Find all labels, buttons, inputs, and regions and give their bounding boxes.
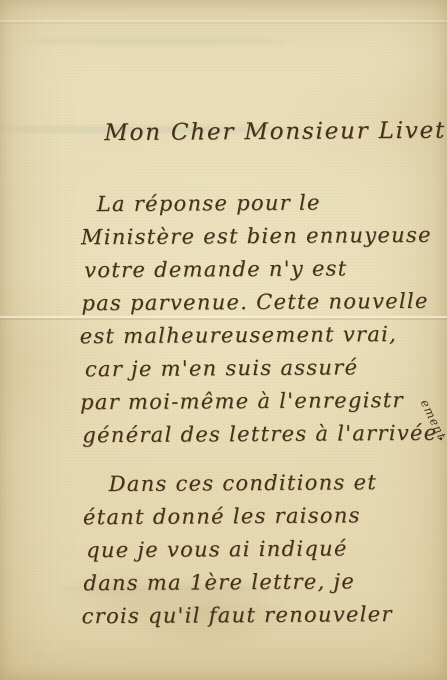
paper-crease [0,20,447,24]
letter-line: La réponse pour le [97,186,438,221]
letter-line: étant donné les raisons [83,499,440,534]
ink-showthrough-streak [28,38,288,44]
letter-paragraph: Dans ces conditions et étant donné les r… [81,466,441,634]
letter-line: pas parvenue. Cette nouvelle [81,285,438,320]
letter-line: que je vous ai indiqué [86,532,440,567]
letter-line: Ministère est bien ennuyeuse [81,219,438,254]
letter-page: Mon Cher Monsieur Livet. La réponse pour… [0,0,447,680]
letter-body: Mon Cher Monsieur Livet. La réponse pour… [78,115,441,649]
letter-line: votre demande n'y est [84,252,438,287]
letter-line: Dans ces conditions et [109,466,440,501]
letter-line: général des lettres à l'arrivée. [82,417,439,452]
letter-line: crois qu'il faut renouveler [82,598,441,634]
letter-line: est malheureusement vrai, [80,318,439,354]
letter-line: par moi-même à l'enregistr [80,384,439,420]
letter-line: dans ma 1ère lettre, je [83,565,440,600]
letter-salutation: Mon Cher Monsieur Livet. [104,115,437,150]
letter-paragraph: La réponse pour le Ministère est bien en… [79,186,440,452]
letter-line: car je m'en suis assuré [85,351,439,386]
